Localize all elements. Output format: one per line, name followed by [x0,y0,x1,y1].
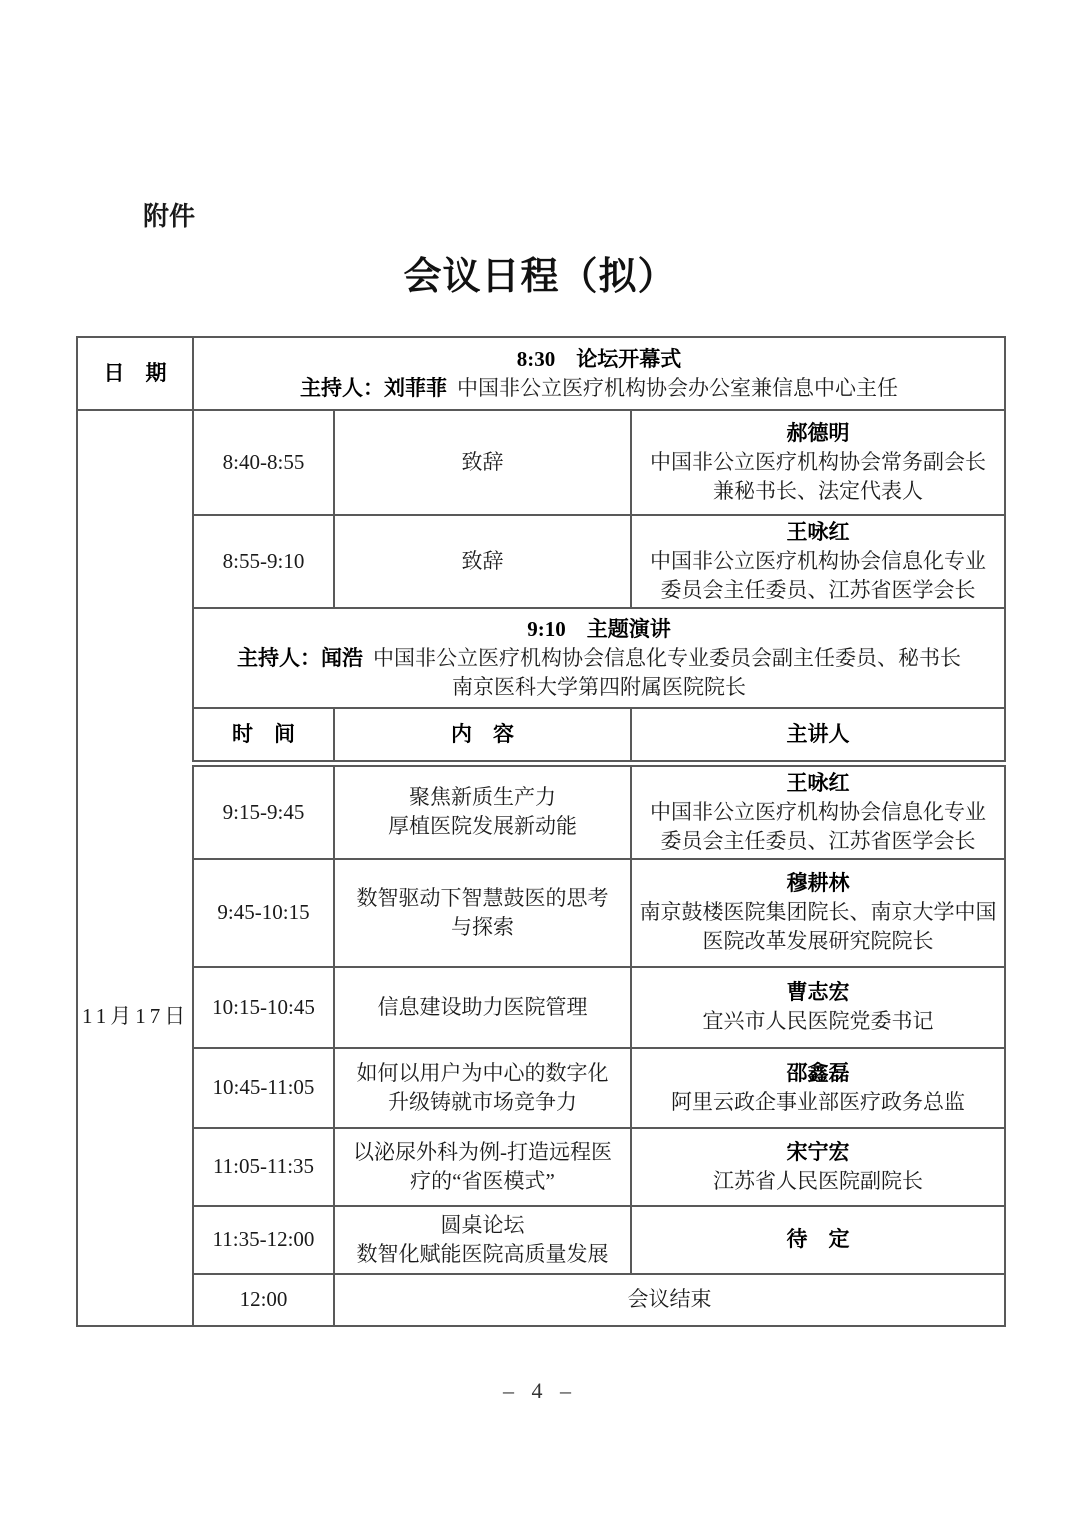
opening-host-name: 主持人：刘菲菲 [300,376,447,400]
table-row-closing: 12:00 会议结束 [77,1274,1005,1326]
table-row: 9:45-10:15 数智驱动下智慧鼓医的思考 与探索 穆耕林 南京鼓楼医院集团… [77,859,1005,967]
table-row: 8:55-9:10 致辞 王咏红 中国非公立医疗机构协会信息化专业 委员会主任委… [77,515,1005,608]
speaker-org-line: 中国非公立医疗机构协会常务副会长 [636,448,1000,477]
speaker-cell: 宋宁宏 江苏省人民医院副院长 [631,1128,1005,1206]
content-cell: 圆桌论坛 数智化赋能医院高质量发展 [334,1206,631,1274]
content-line: 升级铸就市场竞争力 [339,1088,626,1117]
page-title: 会议日程（拟） [0,245,1080,300]
table-row-column-headers: 时 间 内 容 主讲人 [77,708,1005,763]
content-line: 致辞 [339,448,626,477]
speaker-name: 穆耕林 [636,869,1000,898]
opening-ceremony-cell: 8:30 论坛开幕式 主持人：刘菲菲中国非公立医疗机构协会办公室兼信息中心主任 [193,337,1005,410]
speaker-cell: 郝德明 中国非公立医疗机构协会常务副会长 兼秘书长、法定代表人 [631,410,1005,515]
table-row: 10:15-10:45 信息建设助力医院管理 曹志宏 宜兴市人民医院党委书记 [77,967,1005,1048]
speaker-org-line: 宜兴市人民医院党委书记 [636,1007,1000,1036]
page-number: – 4 – [0,1378,1080,1404]
time-cell: 8:55-9:10 [193,515,334,608]
speaker-name: 邵鑫磊 [636,1059,1000,1088]
speaker-cell: 待 定 [631,1206,1005,1274]
speaker-cell: 邵鑫磊 阿里云政企事业部医疗政务总监 [631,1048,1005,1128]
document-page: 附件 会议日程（拟） 日 期 8:30 论坛开幕式 主持人：刘菲菲中国非公立医疗… [0,0,1080,1527]
content-line: 以泌尿外科为例-打造远程医 [339,1138,626,1167]
speaker-cell: 王咏红 中国非公立医疗机构协会信息化专业 委员会主任委员、江苏省医学会长 [631,763,1005,859]
speaker-name: 宋宁宏 [636,1138,1000,1167]
keynote-host-line: 主持人：闻浩中国非公立医疗机构协会信息化专业委员会副主任委员、秘书长 [198,644,1000,673]
content-cell: 信息建设助力医院管理 [334,967,631,1048]
speaker-cell: 王咏红 中国非公立医疗机构协会信息化专业 委员会主任委员、江苏省医学会长 [631,515,1005,608]
content-line: 疗的“省医模式” [339,1167,626,1196]
content-line: 厚植医院发展新动能 [339,812,626,841]
speaker-org-line: 阿里云政企事业部医疗政务总监 [636,1088,1000,1117]
content-line: 致辞 [339,547,626,576]
content-line: 如何以用户为中心的数字化 [339,1059,626,1088]
time-cell: 10:45-11:05 [193,1048,334,1128]
content-cell: 如何以用户为中心的数字化 升级铸就市场竞争力 [334,1048,631,1128]
keynote-host-desc2: 南京医科大学第四附属医院院长 [198,673,1000,702]
speaker-name: 王咏红 [636,769,1000,798]
speaker-cell: 穆耕林 南京鼓楼医院集团院长、南京大学中国 医院改革发展研究院院长 [631,859,1005,967]
speaker-org-line: 兼秘书长、法定代表人 [636,477,1000,506]
speaker-cell: 曹志宏 宜兴市人民医院党委书记 [631,967,1005,1048]
speaker-org-line: 中国非公立医疗机构协会信息化专业 [636,547,1000,576]
table-row: 11:35-12:00 圆桌论坛 数智化赋能医院高质量发展 待 定 [77,1206,1005,1274]
content-cell: 致辞 [334,515,631,608]
speaker-name: 曹志宏 [636,978,1000,1007]
content-column-header: 内 容 [334,708,631,763]
content-cell: 数智驱动下智慧鼓医的思考 与探索 [334,859,631,967]
content-cell: 聚焦新质生产力 厚植医院发展新动能 [334,763,631,859]
keynote-host-name: 主持人：闻浩 [237,646,363,670]
opening-host-line: 主持人：刘菲菲中国非公立医疗机构协会办公室兼信息中心主任 [198,374,1000,403]
date-value: 11月17日 [82,1002,188,1031]
date-column-header: 日 期 [77,337,193,410]
table-row: 11月17日 8:40-8:55 致辞 郝德明 中国非公立医疗机构协会常务副会长… [77,410,1005,515]
table-row-header-opening: 日 期 8:30 论坛开幕式 主持人：刘菲菲中国非公立医疗机构协会办公室兼信息中… [77,337,1005,410]
opening-host-desc: 中国非公立医疗机构协会办公室兼信息中心主任 [457,376,898,400]
speaker-org-line: 委员会主任委员、江苏省医学会长 [636,576,1000,605]
speaker-org-line: 江苏省人民医院副院长 [636,1167,1000,1196]
table-row: 9:15-9:45 聚焦新质生产力 厚植医院发展新动能 王咏红 中国非公立医疗机… [77,763,1005,859]
agenda-table: 日 期 8:30 论坛开幕式 主持人：刘菲菲中国非公立医疗机构协会办公室兼信息中… [76,336,1006,1327]
speaker-org-line: 中国非公立医疗机构协会信息化专业 [636,798,1000,827]
time-cell: 8:40-8:55 [193,410,334,515]
closing-cell: 会议结束 [334,1274,1005,1326]
time-cell: 11:35-12:00 [193,1206,334,1274]
content-line: 与探索 [339,913,626,942]
time-cell: 12:00 [193,1274,334,1326]
content-line: 聚焦新质生产力 [339,783,626,812]
table-row: 10:45-11:05 如何以用户为中心的数字化 升级铸就市场竞争力 邵鑫磊 阿… [77,1048,1005,1128]
speaker-name: 郝德明 [636,419,1000,448]
content-cell: 以泌尿外科为例-打造远程医 疗的“省医模式” [334,1128,631,1206]
content-line: 数智驱动下智慧鼓医的思考 [339,884,626,913]
speaker-org-line: 委员会主任委员、江苏省医学会长 [636,827,1000,856]
keynote-title: 9:10 主题演讲 [198,615,1000,644]
speaker-org-line: 南京鼓楼医院集团院长、南京大学中国 [636,898,1000,927]
attachment-label: 附件 [143,196,195,233]
speaker-column-header: 主讲人 [631,708,1005,763]
speaker-name: 王咏红 [636,518,1000,547]
time-cell: 9:15-9:45 [193,763,334,859]
speaker-name: 待 定 [636,1225,1000,1254]
time-cell: 9:45-10:15 [193,859,334,967]
time-cell: 10:15-10:45 [193,967,334,1048]
table-row-keynote-section: 9:10 主题演讲 主持人：闻浩中国非公立医疗机构协会信息化专业委员会副主任委员… [77,608,1005,708]
content-line: 数智化赋能医院高质量发展 [339,1240,626,1269]
speaker-org-line: 医院改革发展研究院院长 [636,927,1000,956]
content-cell: 致辞 [334,410,631,515]
content-line: 信息建设助力医院管理 [339,993,626,1022]
time-cell: 11:05-11:35 [193,1128,334,1206]
keynote-host-desc: 中国非公立医疗机构协会信息化专业委员会副主任委员、秘书长 [373,646,961,670]
date-cell: 11月17日 [77,410,193,1326]
time-column-header: 时 间 [193,708,334,763]
content-line: 圆桌论坛 [339,1211,626,1240]
table-row: 11:05-11:35 以泌尿外科为例-打造远程医 疗的“省医模式” 宋宁宏 江… [77,1128,1005,1206]
keynote-section-cell: 9:10 主题演讲 主持人：闻浩中国非公立医疗机构协会信息化专业委员会副主任委员… [193,608,1005,708]
opening-title: 8:30 论坛开幕式 [198,345,1000,374]
